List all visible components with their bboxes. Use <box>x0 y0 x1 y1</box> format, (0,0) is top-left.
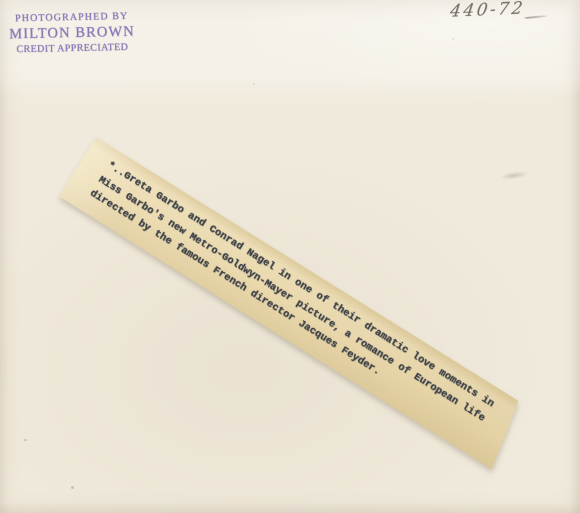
paper-speck <box>253 83 255 85</box>
handwritten-catalog-number: 440-72 <box>449 0 526 22</box>
pencil-smudge-mark <box>497 166 538 183</box>
pencil-flourish <box>524 15 548 19</box>
caption-line-2: Miss Garbo's new Metro-Goldwyn-Mayer pic… <box>95 172 513 441</box>
stamp-line-photographer-name: MILTON BROWN <box>8 24 136 44</box>
stamp-line-credit-appreciated: CREDIT APPRECIATED <box>8 42 136 57</box>
pasted-caption-strip: *..Greta Garbo and Conrad Nagel in one o… <box>58 137 533 471</box>
paper-speck <box>24 439 27 441</box>
paper-speck <box>452 38 454 40</box>
photographer-credit-stamp: PHOTOGRAPHED BY MILTON BROWN CREDIT APPR… <box>8 11 137 57</box>
caption-strip-wrapper: *..Greta Garbo and Conrad Nagel in one o… <box>58 137 533 471</box>
photo-verso: PHOTOGRAPHED BY MILTON BROWN CREDIT APPR… <box>0 0 580 513</box>
typed-caption-text: *..Greta Garbo and Conrad Nagel in one o… <box>65 137 533 460</box>
caption-line-1: *..Greta Garbo and Conrad Nagel in one o… <box>104 158 522 427</box>
caption-line-3: directed by the famous French director J… <box>86 186 504 455</box>
paper-speck <box>71 486 74 489</box>
